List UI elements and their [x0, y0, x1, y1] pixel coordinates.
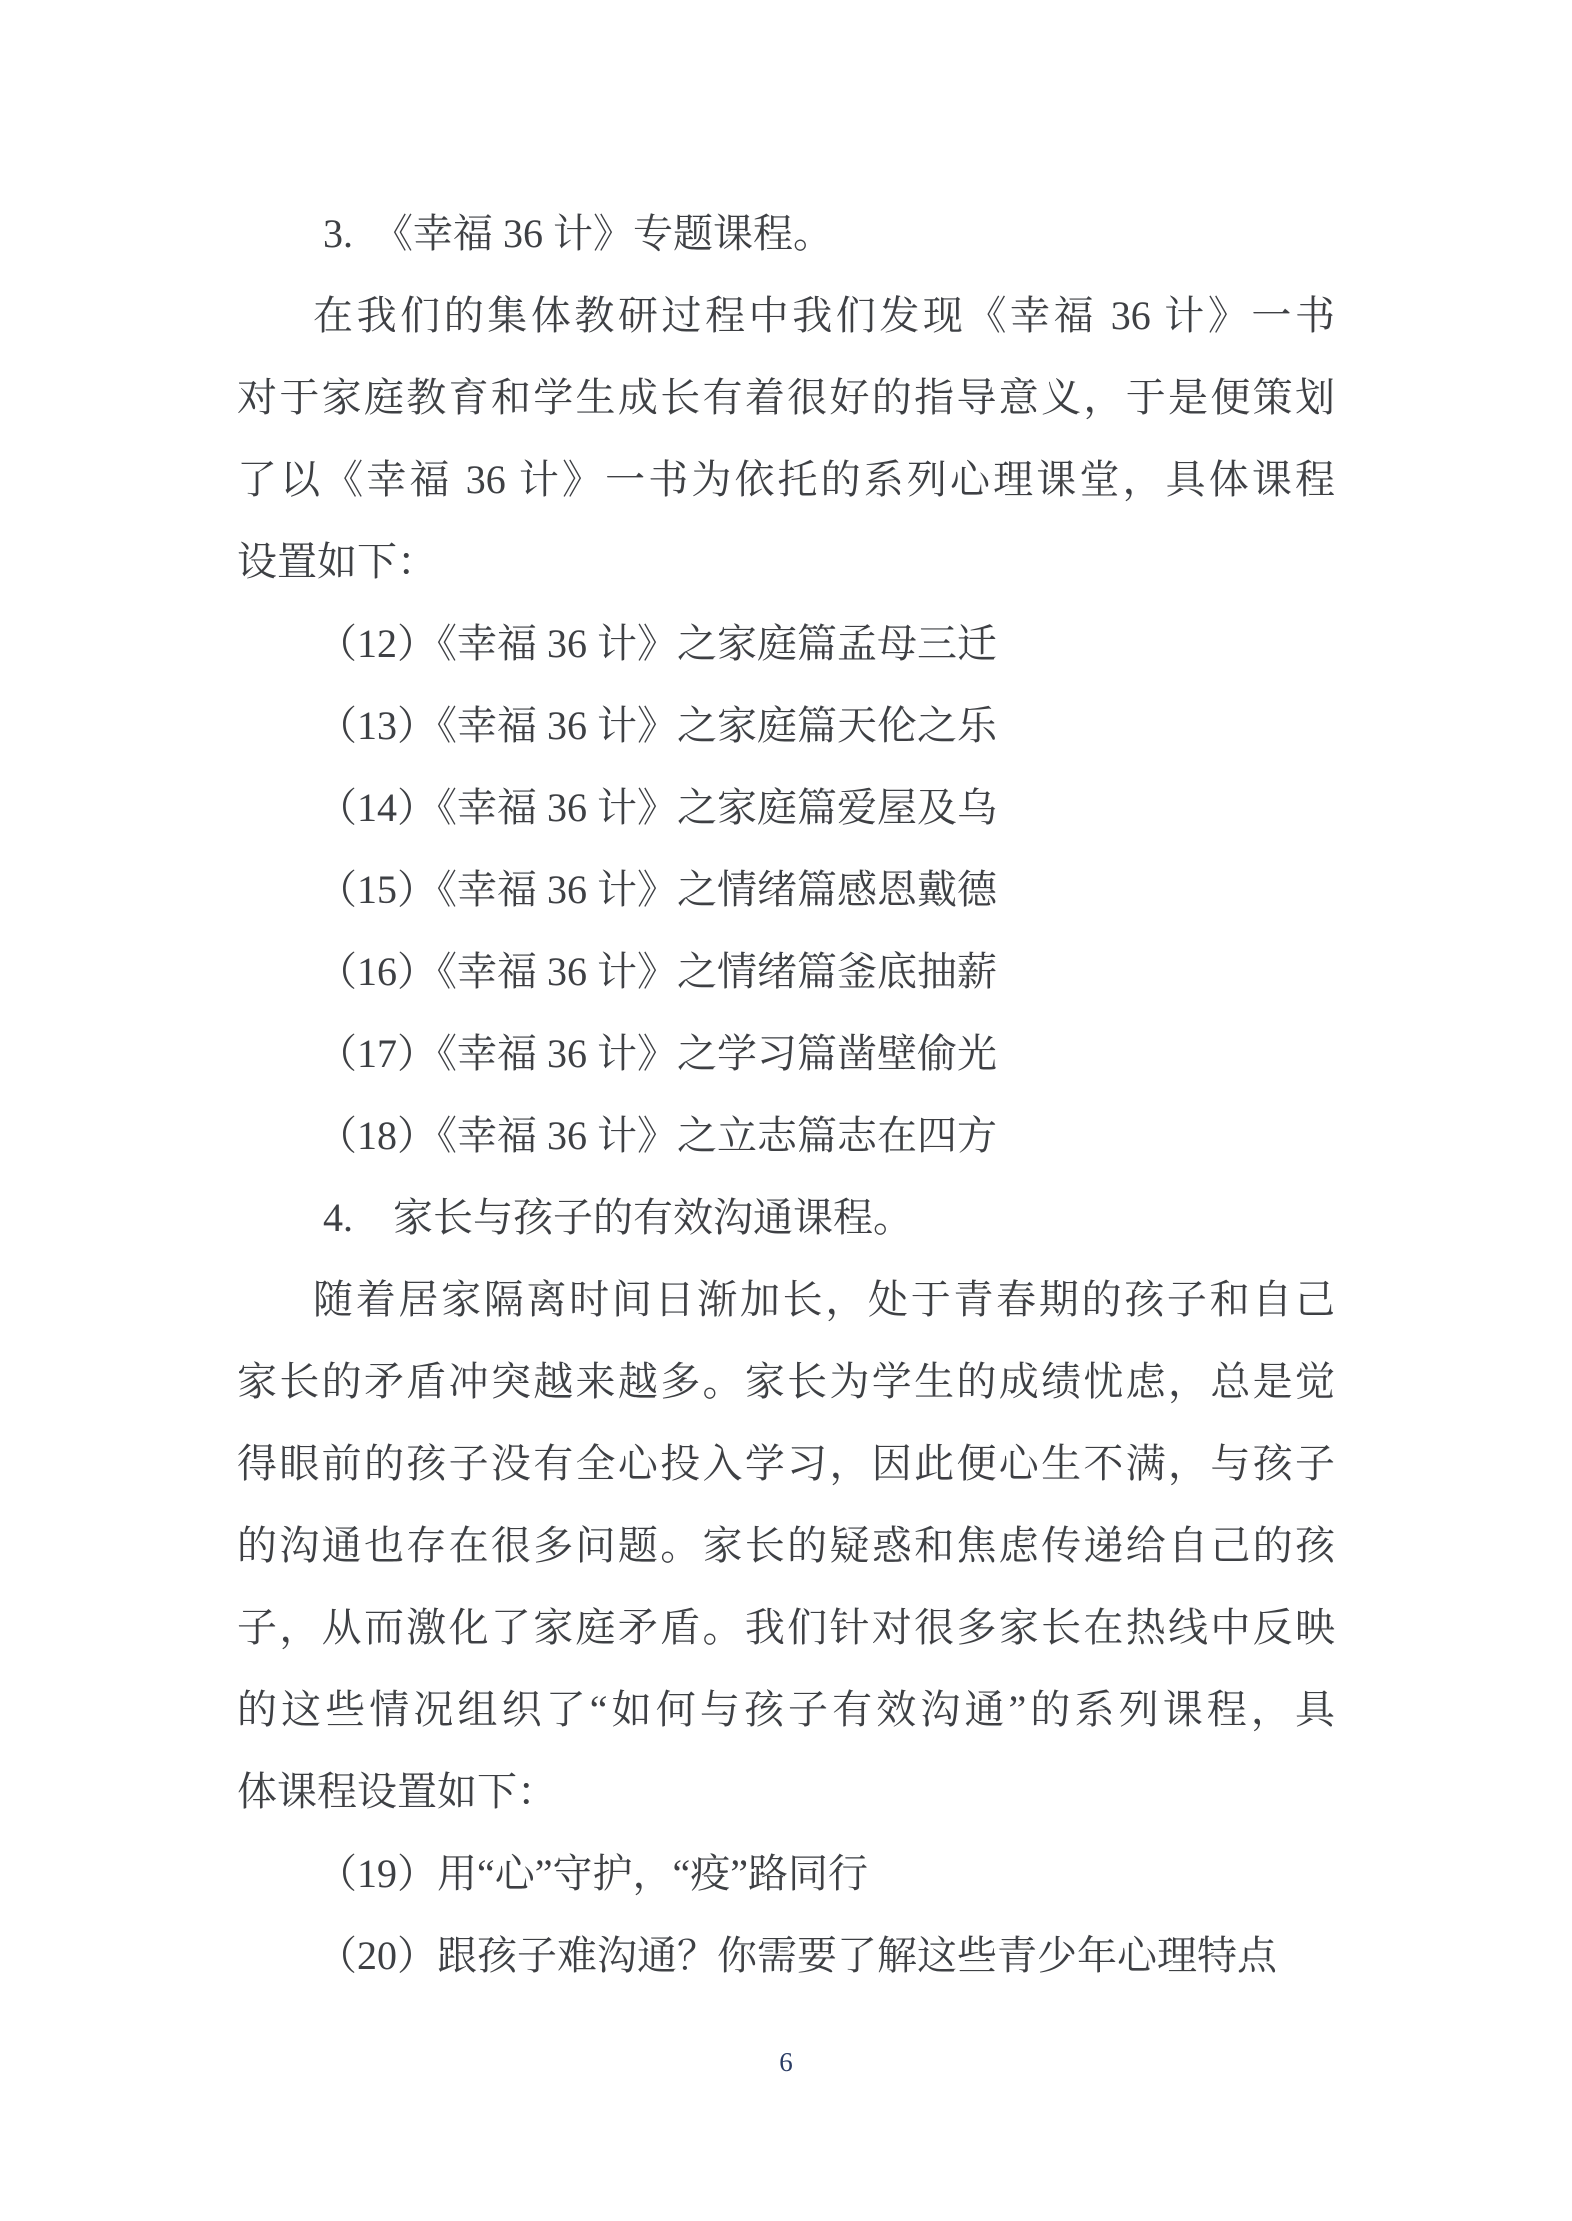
- section-3-heading: 3. 《幸福 36 计》专题课程。: [237, 193, 1335, 275]
- course-list-item: （19）用“心”守护，“疫”路同行: [237, 1833, 1335, 1915]
- page-number: 6: [0, 2046, 1572, 2078]
- paragraph-line: 在我们的集体教研过程中我们发现《幸福 36 计》一书: [237, 275, 1335, 357]
- course-list-item: （18）《幸福 36 计》之立志篇志在四方: [237, 1095, 1335, 1177]
- section-4-heading: 4. 家长与孩子的有效沟通课程。: [237, 1177, 1335, 1259]
- course-list-item: （17）《幸福 36 计》之学习篇凿壁偷光: [237, 1013, 1335, 1095]
- course-list-item: （14）《幸福 36 计》之家庭篇爱屋及乌: [237, 767, 1335, 849]
- course-list-item: （13）《幸福 36 计》之家庭篇天伦之乐: [237, 685, 1335, 767]
- paragraph-line: 家长的矛盾冲突越来越多。家长为学生的成绩忧虑，总是觉: [237, 1341, 1335, 1423]
- paragraph-line: 的这些情况组织了“如何与孩子有效沟通”的系列课程，具: [237, 1669, 1335, 1751]
- paragraph-line: 设置如下：: [237, 521, 1335, 603]
- paragraph-line: 随着居家隔离时间日渐加长，处于青春期的孩子和自己: [237, 1259, 1335, 1341]
- course-list-item: （15）《幸福 36 计》之情绪篇感恩戴德: [237, 849, 1335, 931]
- paragraph-line: 子，从而激化了家庭矛盾。我们针对很多家长在热线中反映: [237, 1587, 1335, 1669]
- course-list-item: （16）《幸福 36 计》之情绪篇釜底抽薪: [237, 931, 1335, 1013]
- paragraph-line: 了以《幸福 36 计》一书为依托的系列心理课堂，具体课程: [237, 439, 1335, 521]
- paragraph-line: 对于家庭教育和学生成长有着很好的指导意义，于是便策划: [237, 357, 1335, 439]
- course-list-item: （12）《幸福 36 计》之家庭篇孟母三迁: [237, 603, 1335, 685]
- paragraph-line: 的沟通也存在很多问题。家长的疑惑和焦虑传递给自己的孩: [237, 1505, 1335, 1587]
- document-content: 3. 《幸福 36 计》专题课程。 在我们的集体教研过程中我们发现《幸福 36 …: [237, 193, 1335, 1997]
- paragraph-line: 得眼前的孩子没有全心投入学习，因此便心生不满，与孩子: [237, 1423, 1335, 1505]
- document-page: 3. 《幸福 36 计》专题课程。 在我们的集体教研过程中我们发现《幸福 36 …: [0, 0, 1572, 2221]
- course-list-item: （20）跟孩子难沟通？你需要了解这些青少年心理特点: [237, 1915, 1335, 1997]
- paragraph-line: 体课程设置如下：: [237, 1751, 1335, 1833]
